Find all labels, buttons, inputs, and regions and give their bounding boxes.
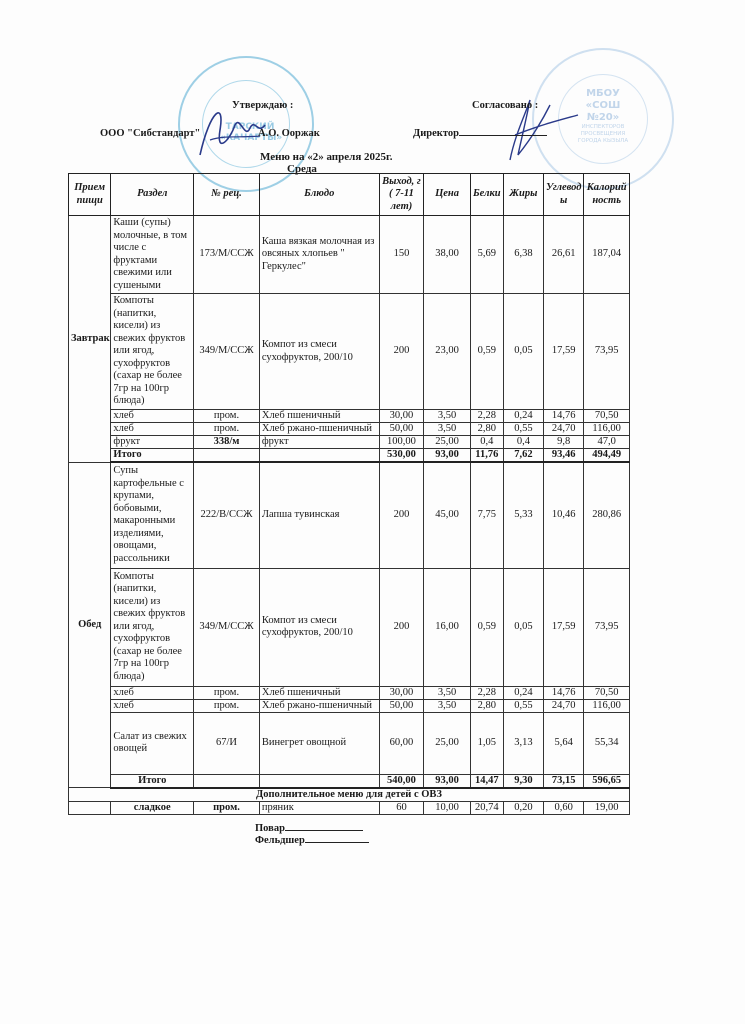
cell-yield: 50,00 (379, 423, 424, 436)
cell-fat: 0,4 (503, 436, 543, 449)
stamp-right-sub: ИНСПЕКТОРОВ ПРОСВЕЩЕНИЯ ГОРОДА КЫЗЫЛА (570, 124, 636, 145)
cell-empty (194, 449, 260, 463)
table-header-row: Прием пищи Раздел № рец. Блюдо Выход, г … (69, 174, 630, 216)
cell-fat: 0,05 (503, 568, 543, 686)
medic-signature-line: Фельдшер (255, 832, 369, 846)
cell-dish: Хлеб пшеничный (259, 410, 379, 423)
meal-breakfast: Завтрак (69, 216, 111, 463)
table-row: хлеб пром. Хлеб пшеничный 30,00 3,50 2,2… (69, 686, 630, 699)
cell-dish: Каша вязкая молочная из овсяных хлопьев … (259, 216, 379, 294)
col-section: Раздел (111, 174, 194, 216)
cell-section: сладкое (111, 801, 194, 814)
stamp-right-text: МБОУ «СОШ №20» ИНСПЕКТОРОВ ПРОСВЕЩЕНИЯ Г… (570, 88, 636, 145)
cell-recipe: пром. (194, 699, 260, 712)
total-kcal: 494,49 (584, 449, 630, 463)
extra-menu-row: сладкое пром. пряник 60 10,00 20,74 0,20… (69, 801, 630, 814)
cell-yield: 50,00 (379, 699, 424, 712)
cell-dish: Компот из смеси сухофруктов, 200/10 (259, 568, 379, 686)
total-protein: 14,47 (470, 774, 503, 788)
cell-kcal: 116,00 (584, 699, 630, 712)
cell-protein: 2,80 (470, 423, 503, 436)
director-label-text: Директор (413, 128, 459, 139)
col-price: Цена (424, 174, 471, 216)
cell-price: 45,00 (424, 462, 471, 568)
cell-protein: 2,28 (470, 410, 503, 423)
cell-section: Компоты (напитки, кисели) из свежих фрук… (111, 568, 194, 686)
cell-recipe: 222/В/ССЖ (194, 462, 260, 568)
cell-yield: 30,00 (379, 686, 424, 699)
cell-protein: 2,80 (470, 699, 503, 712)
cell-fat: 0,24 (503, 686, 543, 699)
cell-empty (194, 774, 260, 788)
cell-price: 23,00 (424, 294, 471, 410)
cell-kcal: 70,50 (584, 410, 630, 423)
cell-price: 10,00 (424, 801, 471, 814)
cell-kcal: 73,95 (584, 568, 630, 686)
approver-name: А.О. Ооржак (258, 128, 320, 139)
cell-price: 25,00 (424, 712, 471, 774)
cell-kcal: 19,00 (584, 801, 630, 814)
meal-lunch: Обед (69, 462, 111, 788)
table-row: фрукт 338/м фрукт 100,00 25,00 0,4 0,4 9… (69, 436, 630, 449)
cell-yield: 200 (379, 462, 424, 568)
total-carbs: 73,15 (544, 774, 584, 788)
cell-yield: 200 (379, 568, 424, 686)
col-dish: Блюдо (259, 174, 379, 216)
cell-section: Каши (супы) молочные, в том числе с фрук… (111, 216, 194, 294)
cell-section: хлеб (111, 410, 194, 423)
table-row: хлеб пром. Хлеб ржано-пшеничный 50,00 3,… (69, 699, 630, 712)
cell-carbs: 26,61 (544, 216, 584, 294)
cell-recipe: пром. (194, 801, 260, 814)
cell-dish: Хлеб ржано-пшеничный (259, 699, 379, 712)
table-row: Завтрак Каши (супы) молочные, в том числ… (69, 216, 630, 294)
cell-fat: 0,55 (503, 699, 543, 712)
cell-dish: пряник (259, 801, 379, 814)
cell-section: хлеб (111, 423, 194, 436)
total-fat: 7,62 (503, 449, 543, 463)
approve-label: Утверждаю : (232, 100, 293, 111)
stamp-right-title: МБОУ «СОШ №20» (570, 88, 636, 124)
cell-fat: 6,38 (503, 216, 543, 294)
cell-empty (259, 449, 379, 463)
lunch-total-row: Итого 540,00 93,00 14,47 9,30 73,15 596,… (69, 774, 630, 788)
cell-protein: 20,74 (470, 801, 503, 814)
medic-label: Фельдшер (255, 835, 305, 846)
cell-dish: фрукт (259, 436, 379, 449)
cell-carbs: 14,76 (544, 410, 584, 423)
cell-fat: 0,05 (503, 294, 543, 410)
cell-protein: 0,59 (470, 294, 503, 410)
cell-recipe: 67/И (194, 712, 260, 774)
cell-protein: 1,05 (470, 712, 503, 774)
cell-carbs: 24,70 (544, 423, 584, 436)
cell-recipe: 338/м (194, 436, 260, 449)
cell-recipe: 349/М/ССЖ (194, 568, 260, 686)
cell-recipe: пром. (194, 423, 260, 436)
extra-menu-title: Дополнительное меню для детей с ОВЗ (69, 788, 630, 802)
cell-section: Компоты (напитки, кисели) из свежих фрук… (111, 294, 194, 410)
cell-kcal: 55,34 (584, 712, 630, 774)
cell-fat: 0,55 (503, 423, 543, 436)
cell-price: 3,50 (424, 410, 471, 423)
cell-price: 25,00 (424, 436, 471, 449)
breakfast-total-row: Итого 530,00 93,00 11,76 7,62 93,46 494,… (69, 449, 630, 463)
extra-menu-title-row: Дополнительное меню для детей с ОВЗ (69, 788, 630, 802)
cell-recipe: 173/М/ССЖ (194, 216, 260, 294)
menu-table: Прием пищи Раздел № рец. Блюдо Выход, г … (68, 173, 630, 815)
cell-empty (259, 774, 379, 788)
table-row: хлеб пром. Хлеб пшеничный 30,00 3,50 2,2… (69, 410, 630, 423)
cell-carbs: 17,59 (544, 294, 584, 410)
cell-price: 3,50 (424, 686, 471, 699)
cell-section: Салат из свежих овощей (111, 712, 194, 774)
cell-carbs: 0,60 (544, 801, 584, 814)
cell-section: фрукт (111, 436, 194, 449)
cell-recipe: пром. (194, 410, 260, 423)
cell-yield: 60 (379, 801, 424, 814)
organization-name: ООО "Сибстандарт" (100, 128, 200, 139)
table-row: Компоты (напитки, кисели) из свежих фрук… (69, 568, 630, 686)
cell-carbs: 14,76 (544, 686, 584, 699)
cell-yield: 200 (379, 294, 424, 410)
cell-carbs: 5,64 (544, 712, 584, 774)
cell-protein: 2,28 (470, 686, 503, 699)
col-protein: Белки (470, 174, 503, 216)
total-yield: 540,00 (379, 774, 424, 788)
cell-carbs: 24,70 (544, 699, 584, 712)
cell-yield: 150 (379, 216, 424, 294)
cell-kcal: 73,95 (584, 294, 630, 410)
total-carbs: 93,46 (544, 449, 584, 463)
director-label: Директор (413, 128, 547, 139)
cell-yield: 30,00 (379, 410, 424, 423)
cell-section: Супы картофельные с крупами, бобовыми, м… (111, 462, 194, 568)
cell-kcal: 280,86 (584, 462, 630, 568)
cell-recipe: 349/М/ССЖ (194, 294, 260, 410)
agreed-label: Согласовано : (472, 100, 538, 111)
cell-fat: 5,33 (503, 462, 543, 568)
cell-dish: Компот из смеси сухофруктов, 200/10 (259, 294, 379, 410)
cell-fat: 0,24 (503, 410, 543, 423)
cell-kcal: 116,00 (584, 423, 630, 436)
cell-fat: 0,20 (503, 801, 543, 814)
cell-yield: 60,00 (379, 712, 424, 774)
school-stamp-right: МБОУ «СОШ №20» ИНСПЕКТОРОВ ПРОСВЕЩЕНИЯ Г… (532, 48, 674, 190)
table-row: Компоты (напитки, кисели) из свежих фрук… (69, 294, 630, 410)
cell-yield: 100,00 (379, 436, 424, 449)
cell-dish: Лапша тувинская (259, 462, 379, 568)
cell-protein: 7,75 (470, 462, 503, 568)
col-kcal: Калорий ность (584, 174, 630, 216)
total-yield: 530,00 (379, 449, 424, 463)
col-meal: Прием пищи (69, 174, 111, 216)
cell-kcal: 187,04 (584, 216, 630, 294)
total-kcal: 596,65 (584, 774, 630, 788)
cell-dish: Хлеб ржано-пшеничный (259, 423, 379, 436)
cell-carbs: 17,59 (544, 568, 584, 686)
cell-carbs: 10,46 (544, 462, 584, 568)
table-row: Салат из свежих овощей 67/И Винегрет ово… (69, 712, 630, 774)
cell-price: 16,00 (424, 568, 471, 686)
total-fat: 9,30 (503, 774, 543, 788)
total-label: Итого (111, 449, 194, 463)
col-fat: Жиры (503, 174, 543, 216)
col-recipe: № рец. (194, 174, 260, 216)
cell-recipe: пром. (194, 686, 260, 699)
total-label: Итого (111, 774, 194, 788)
total-price: 93,00 (424, 449, 471, 463)
cell-empty (69, 801, 111, 814)
cell-protein: 0,59 (470, 568, 503, 686)
cell-section: хлеб (111, 686, 194, 699)
total-protein: 11,76 (470, 449, 503, 463)
cell-price: 38,00 (424, 216, 471, 294)
cell-dish: Хлеб пшеничный (259, 686, 379, 699)
cell-price: 3,50 (424, 699, 471, 712)
cell-section: хлеб (111, 699, 194, 712)
cell-kcal: 70,50 (584, 686, 630, 699)
cell-protein: 5,69 (470, 216, 503, 294)
cell-kcal: 47,0 (584, 436, 630, 449)
cell-dish: Винегрет овощной (259, 712, 379, 774)
table-row: Обед Супы картофельные с крупами, бобовы… (69, 462, 630, 568)
table-row: хлеб пром. Хлеб ржано-пшеничный 50,00 3,… (69, 423, 630, 436)
cell-protein: 0,4 (470, 436, 503, 449)
total-price: 93,00 (424, 774, 471, 788)
col-yield: Выход, г ( 7-11 лет) (379, 174, 424, 216)
col-carbs: Углевод ы (544, 174, 584, 216)
cell-fat: 3,13 (503, 712, 543, 774)
cell-price: 3,50 (424, 423, 471, 436)
menu-title: Меню на «2» апреля 2025г. (260, 151, 393, 163)
cell-carbs: 9,8 (544, 436, 584, 449)
